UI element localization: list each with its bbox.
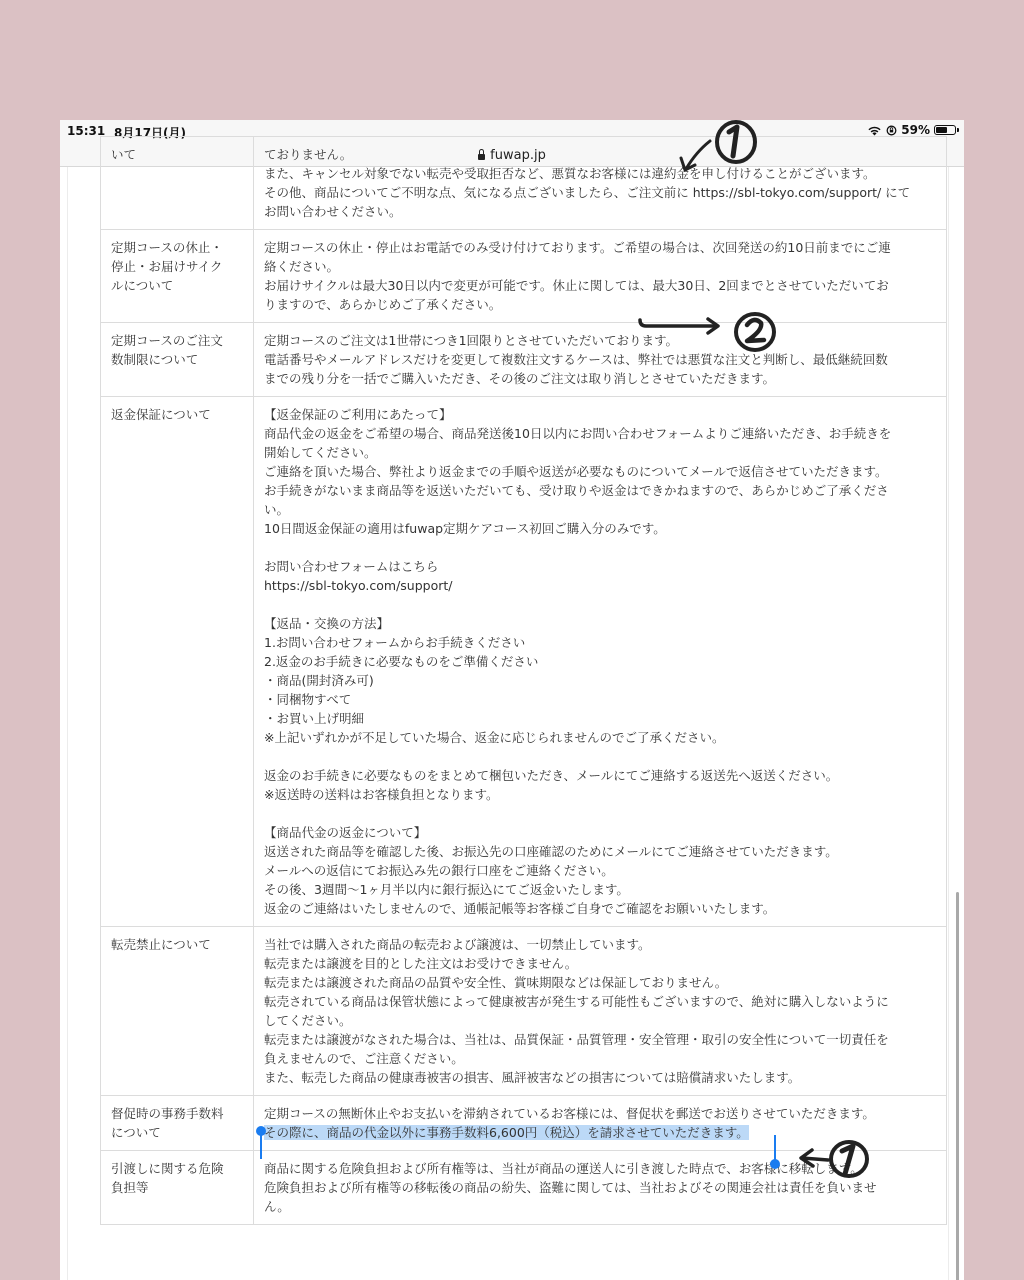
table-row-refund-guarantee: 返金保証について 【返金保証のご利用にあたって】 商品代金の返金をご希望の場合、… [101,397,947,927]
row-label: 転売禁止について [101,927,254,1096]
selected-text: その際に、商品の代金以外に事務手数料6,600円（税込）を請求させていただきます… [264,1123,936,1142]
terms-table: いて ておりません。 また、キャンセル対象でない転売や受取拒否など、悪質なお客様… [100,136,947,1225]
status-indicators: 59% [867,123,956,137]
row-value: 定期コースのご注文は1世帯につき1回限りとさせていただいております。 電話番号や… [254,323,947,397]
row-label: いて [101,137,254,230]
row-label: 定期コースのご注文 数制限について [101,323,254,397]
ipad-safari-window: 15:31 8月17日(月) 59% fuwap.jp いて [60,120,964,1280]
support-url-text: その他、商品についてご不明な点、気になる点ございましたら、ご注文前に https… [264,183,936,202]
row-value: 当社では購入された商品の転売および譲渡は、一切禁止しています。 転売または譲渡を… [254,927,947,1096]
row-value: 商品に関する危険負担および所有権等は、当社が商品の運送人に引き渡した時点で、お客… [254,1151,947,1225]
row-label: 返金保証について [101,397,254,927]
row-value: 定期コースの無断休止やお支払いを滞納されているお客様には、督促状を郵送でお送りさ… [254,1096,947,1151]
battery-icon [934,125,956,135]
row-value: 【返金保証のご利用にあたって】 商品代金の返金をご希望の場合、商品発送後10日以… [254,397,947,927]
wifi-icon [867,125,882,136]
selection-end-handle[interactable] [769,1135,781,1171]
support-link[interactable]: https://sbl-tokyo.com/support/ [264,576,936,595]
row-label: 定期コースの休止・ 停止・お届けサイク ルについて [101,230,254,323]
table-row-order-limit: 定期コースのご注文 数制限について 定期コースのご注文は1世帯につき1回限りとさ… [101,323,947,397]
orientation-lock-icon [886,125,897,136]
table-row-pause-cycle: 定期コースの休止・ 停止・お届けサイク ルについて 定期コースの休止・停止はお電… [101,230,947,323]
table-row-dunning-fee: 督促時の事務手数料 について 定期コースの無断休止やお支払いを滞納されているお客… [101,1096,947,1151]
text-selection-highlight[interactable]: その際に、商品の代金以外に事務手数料6,600円（税込）を請求させていただきます… [264,1125,749,1140]
vertical-scrollbar[interactable] [956,892,959,1280]
battery-percent: 59% [901,123,930,137]
table-row-risk-transfer: 引渡しに関する危険 負担等 商品に関する危険負担および所有権等は、当社が商品の運… [101,1151,947,1225]
row-value: ておりません。 また、キャンセル対象でない転売や受取拒否など、悪質なお客様には違… [254,137,947,230]
row-label: 引渡しに関する危険 負担等 [101,1151,254,1225]
selection-start-handle[interactable] [255,1125,267,1161]
table-row: いて ておりません。 また、キャンセル対象でない転売や受取拒否など、悪質なお客様… [101,137,947,230]
row-label: 督促時の事務手数料 について [101,1096,254,1151]
table-row-resale-prohibited: 転売禁止について 当社では購入された商品の転売および譲渡は、一切禁止しています。… [101,927,947,1096]
row-value: 定期コースの休止・停止はお電話でのみ受け付けております。ご希望の場合は、次回発送… [254,230,947,323]
